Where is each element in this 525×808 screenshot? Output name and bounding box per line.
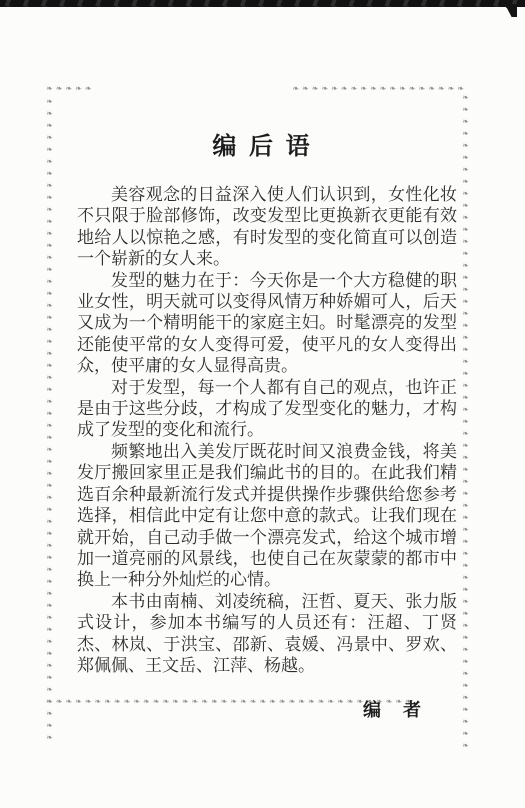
editor-signature: 编 者 (77, 700, 457, 721)
floral-ornament-icon: ❧❧❧❧❧❧❧❧❧❧❧❧❧❧❧❧❧❧❧❧❧❧❧❧❧❧❧❧❧❧❧❧❧❧❧❧❧❧❧❧… (44, 97, 54, 745)
afterword-body: 美容观念的日益深入使人们认识到，女性化妆不只限于脸部修饰，改变发型比更换新衣更能… (77, 184, 457, 722)
scan-artifact-top (0, 0, 525, 7)
floral-ornament-icon: ❧❧❧❧❧ (46, 84, 95, 94)
paragraph: 美容观念的日益深入使人们认识到，女性化妆不只限于脸部修饰，改变发型比更换新衣更能… (77, 184, 457, 270)
page-title: 编 后 语 (0, 126, 525, 161)
book-page: ❧❧❧❧❧ ❧❧❧❧❧❧❧❧❧❧❧❧❧❧❧❧❧❧ ❧❧❧❧❧❧❧❧❧❧❧❧❧❧❧… (0, 0, 525, 808)
floral-ornament-icon: ❧❧❧❧❧❧❧❧❧❧❧❧❧❧❧❧❧❧❧❧❧❧❧❧❧❧❧❧❧❧❧❧❧❧❧❧❧❧❧❧… (460, 93, 470, 753)
paragraph: 对于发型，每一个人都有自己的观点，也许正是由于这些分歧，才构成了发型变化的魅力，… (77, 377, 457, 441)
paragraph: 本书由南楠、刘凌统稿，汪哲、夏天、张力版式设计，参加本书编写的人员还有：汪超、丁… (77, 591, 457, 677)
paragraph: 发型的魅力在于：今天你是一个大方稳健的职业女性，明天就可以变得风情万种娇媚可人，… (77, 270, 457, 377)
floral-ornament-icon: ❧❧❧❧❧❧❧❧❧❧❧❧❧❧❧❧❧❧ (292, 84, 467, 94)
paragraph: 频繁地出入美发厅既花时间又浪费金钱，将美发厅搬回家里正是我们编此书的目的。在此我… (77, 441, 457, 591)
scan-artifact-hook (505, 4, 517, 17)
